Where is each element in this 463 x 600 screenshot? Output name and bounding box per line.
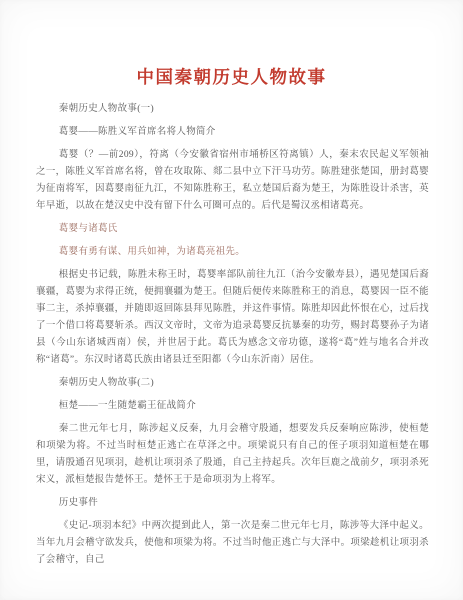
accent-line: 葛婴有勇有谋、用兵如神，为诸葛亮祖先。	[36, 244, 429, 261]
section-subheading: 桓楚——一生随楚霸王征战简介	[36, 398, 429, 415]
document-page: 中国秦朝历史人物故事 秦朝历史人物故事(一) 葛婴——陈胜义军首席名将人物简介 …	[0, 0, 463, 600]
section-heading: 秦朝历史人物故事(二)	[36, 375, 429, 392]
section-subheading: 葛婴——陈胜义军首席名将人物简介	[36, 124, 429, 141]
page-title: 中国秦朝历史人物故事	[0, 0, 463, 89]
document-body: 秦朝历史人物故事(一) 葛婴——陈胜义军首席名将人物简介 葛婴（？—前209），…	[0, 89, 463, 569]
section-heading: 历史事件	[36, 495, 429, 512]
paragraph: 《史记-项羽本纪》中两次提到此人，第一次是秦二世元年七月，陈涉等大泽中起义。当年…	[36, 518, 429, 569]
accent-heading: 葛婴与诸葛氏	[36, 221, 429, 238]
paragraph: 秦二世元年七月，陈涉起义反秦，九月会稽守殷通，想要发兵反秦响应陈涉，使桓楚和项梁…	[36, 421, 429, 489]
section-heading: 秦朝历史人物故事(一)	[36, 101, 429, 118]
paragraph: 根据史书记载，陈胜未称王时，葛婴率部队前往九江（治今安徽寿县），遇见楚国后裔襄疆…	[36, 267, 429, 369]
paragraph: 葛婴（？—前209），符离（今安徽省宿州市埇桥区符离镇）人，秦末农民起义军领袖之…	[36, 147, 429, 215]
